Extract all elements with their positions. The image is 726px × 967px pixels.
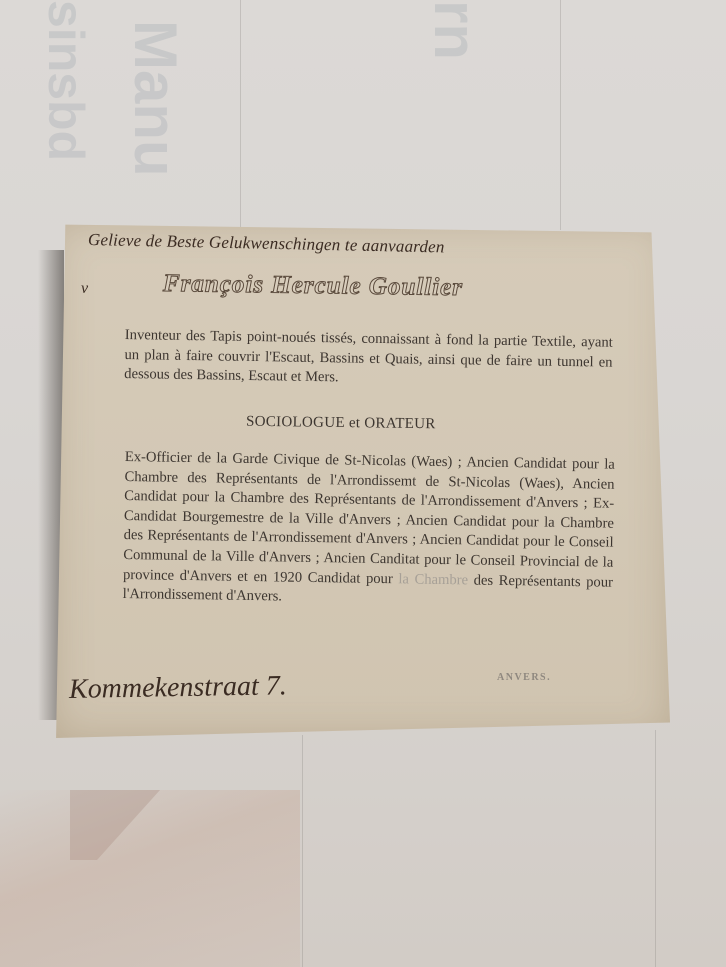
city-imprint: ANVERS.	[497, 672, 551, 683]
career-text-faded: la Chambre	[398, 571, 468, 588]
career-text: Ex-Officier de la Garde Civique de St-Ni…	[123, 449, 615, 587]
handwritten-greeting: Gelieve de Beste Gelukwenschingen te aan…	[88, 230, 445, 257]
paper-stain	[0, 790, 300, 967]
handwritten-prefix: v	[81, 280, 88, 298]
newsprint-text: rn	[421, 0, 490, 60]
business-card: Gelieve de Beste Gelukwenschingen te aan…	[53, 222, 670, 738]
paper-fold	[560, 0, 561, 230]
handwritten-address: Kommekenstraat 7.	[69, 670, 287, 706]
paper-fold	[655, 730, 656, 967]
paper-fold	[240, 0, 241, 230]
card-name: François Hercule Goullier	[163, 270, 463, 302]
newsprint-text: sinsbd	[37, 0, 95, 161]
intro-paragraph: Inventeur des Tapis point-noués tissés, …	[124, 326, 613, 392]
newsprint-text: Manu	[121, 20, 190, 177]
paper-fold	[302, 735, 303, 967]
career-paragraph: Ex-Officier de la Garde Civique de St-Ni…	[123, 448, 615, 612]
card-title: SOCIOLOGUE et ORATEUR	[246, 414, 436, 434]
